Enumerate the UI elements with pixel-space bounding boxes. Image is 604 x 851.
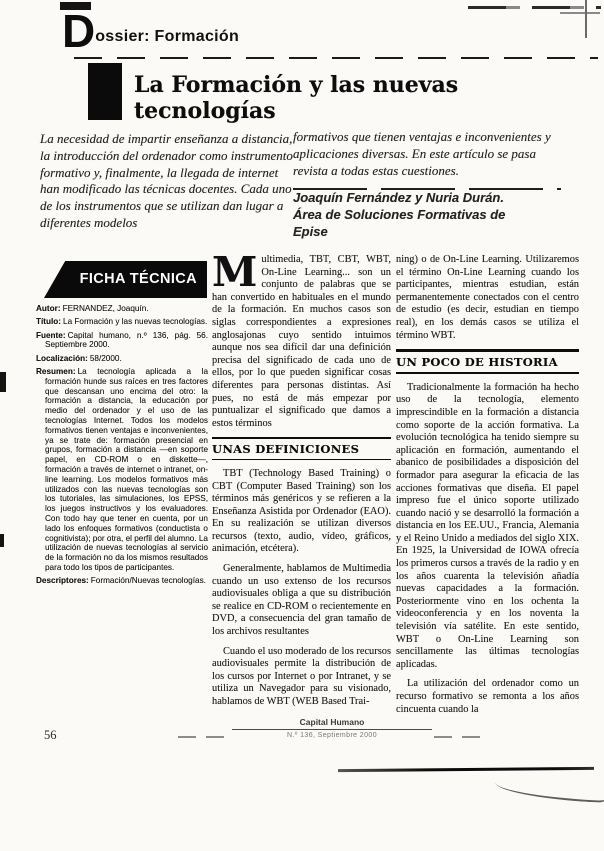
intro-left-column: La necesidad de impartir enseñanza a dis… (40, 131, 294, 232)
scan-bottom-rule (338, 767, 594, 772)
scan-edge-line (585, 0, 587, 38)
dossier-label: ossier: Formación (95, 28, 239, 45)
ficha-value-resumen: La tecnología aplicada a la formación hu… (45, 367, 208, 572)
article-p4: Cuando el uso moderado de los recursos a… (212, 646, 391, 709)
page-number: 56 (44, 728, 57, 743)
ficha-tecnica-title: FICHA TÉCNICA (44, 261, 207, 298)
scan-mark-left-2 (0, 534, 4, 547)
ficha-label-fuente: Fuente: (36, 331, 66, 340)
intro-right-column: formativos que tienen ventajas e inconve… (293, 129, 571, 241)
ficha-value-autor: FERNANDEZ, Joaquín. (63, 304, 149, 313)
article-p3: Generalmente, hablamos de Multimedia cua… (212, 563, 391, 639)
scan-mark-left-1 (0, 372, 6, 392)
article-p6: Tradicionalmente la formación ha hecho u… (396, 382, 579, 672)
section-heading-historia: UN POCO DE HISTORIA (396, 349, 579, 374)
ficha-field-resumen: Resumen:La tecnología aplicada a la form… (36, 367, 208, 573)
article-p5: ning) o de On-Line Learning. Utilizaremo… (396, 254, 579, 342)
ficha-value-descriptores: Formación/Nuevas tecnologías. (91, 576, 206, 585)
section-heading-definiciones: UNAS DEFINICIONES (212, 437, 391, 460)
article-opening-paragraph: Multimedia, TBT, CBT, WBT, On-Line Learn… (212, 254, 391, 430)
ficha-label-localizacion: Localización: (36, 354, 88, 363)
scan-mark-top-right (468, 6, 601, 9)
scan-mark-top-right-2 (560, 12, 600, 14)
journal-name: Capital Humano (232, 717, 432, 730)
ficha-tecnica-banner: FICHA TÉCNICA (44, 261, 207, 298)
journal-issue: N.º 136, Septiembre 2000 (232, 730, 432, 739)
scanned-magazine-page: Dossier: Formación La Formación y las nu… (0, 0, 604, 851)
byline: Joaquín Fernández y Nuria Durán. Área de… (293, 190, 508, 240)
ficha-value-fuente: Capital humano, n.º 136, pág. 56. Septie… (45, 331, 208, 350)
page-curl-line (495, 781, 604, 803)
intro-right-text: formativos que tienen ventajas e inconve… (293, 129, 571, 179)
ficha-field-titulo: Título:La Formación y las nuevas tecnolo… (36, 317, 208, 327)
dropcap-letter: M (212, 254, 261, 289)
ficha-tecnica-body: Autor:FERNANDEZ, Joaquín. Título:La Form… (36, 304, 208, 590)
footer-dash-left (178, 736, 230, 738)
ficha-field-descriptores: Descriptores:Formación/Nuevas tecnología… (36, 576, 208, 586)
ficha-label-descriptores: Descriptores: (36, 576, 89, 585)
ficha-label-autor: Autor: (36, 304, 61, 313)
journal-footer: Capital Humano N.º 136, Septiembre 2000 (232, 717, 432, 739)
ficha-field-fuente: Fuente:Capital humano, n.º 136, pág. 56.… (36, 331, 208, 351)
ficha-value-localizacion: 58/2000. (90, 354, 122, 363)
ficha-field-autor: Autor:FERNANDEZ, Joaquín. (36, 304, 208, 314)
header-dashed-rule (74, 57, 598, 59)
article-p7: La utilización del ordenador como un rec… (396, 678, 579, 716)
ficha-label-resumen: Resumen: (36, 367, 76, 376)
article-title: La Formación y las nuevas tecnologías (134, 72, 584, 124)
section-header: Dossier: Formación (62, 8, 238, 54)
dossier-initial: D (62, 5, 94, 57)
title-black-square (88, 63, 122, 120)
footer-dash-right (434, 736, 482, 738)
article-column-middle: Multimedia, TBT, CBT, WBT, On-Line Learn… (212, 254, 391, 716)
article-column-right: ning) o de On-Line Learning. Utilizaremo… (396, 254, 579, 723)
ficha-field-localizacion: Localización:58/2000. (36, 354, 208, 364)
ficha-value-titulo: La Formación y las nuevas tecnologías. (63, 317, 207, 326)
ficha-label-titulo: Título: (36, 317, 61, 326)
article-p2: TBT (Technology Based Training) o CBT (C… (212, 468, 391, 556)
